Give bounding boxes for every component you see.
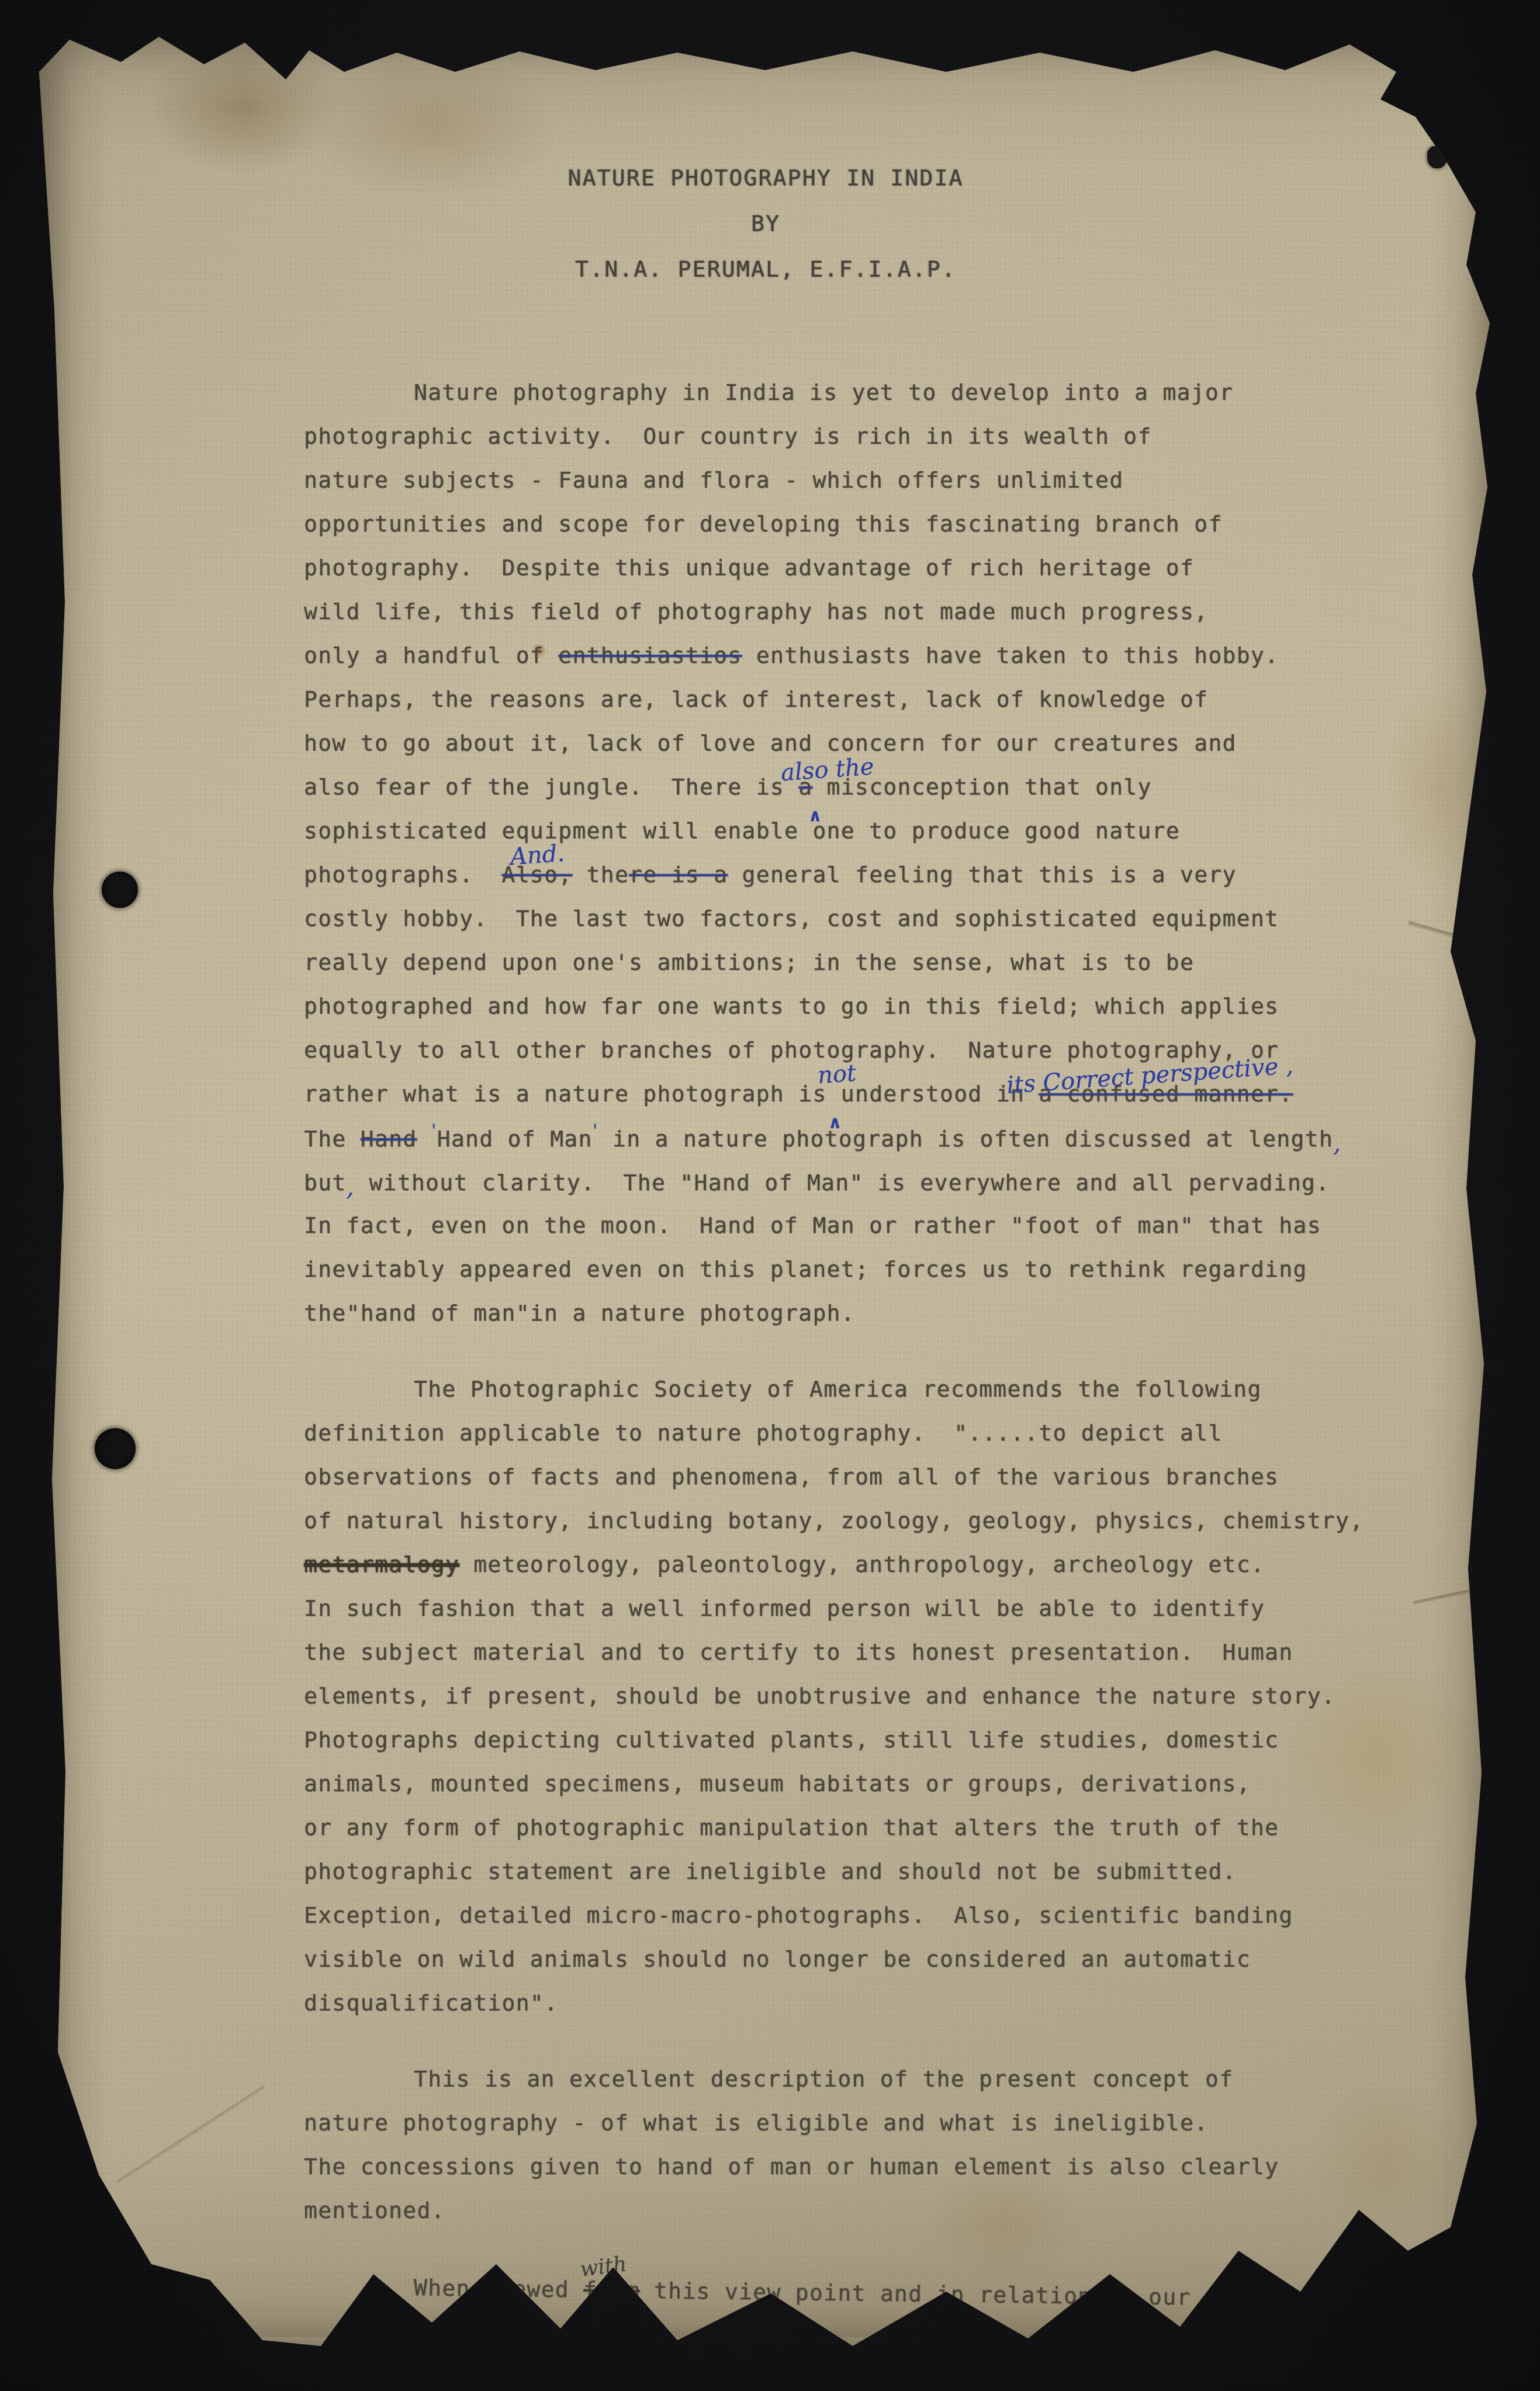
text-line: The concessions given to hand of man or … (304, 2145, 1426, 2189)
byline: BY (304, 201, 1227, 246)
del-pencil-segment: from (583, 2277, 640, 2303)
author-line: T.N.A. PERUMAL, E.F.I.A.P. (304, 246, 1227, 292)
hw-low-segment: , (1333, 1129, 1342, 1158)
document-body: Nature photography in India is yet to de… (304, 371, 1426, 2309)
handwritten-insertion: also the (780, 755, 875, 785)
text-line: metarmalogy meteorology, paleontology, a… (304, 1543, 1426, 1587)
del-ink-segment: re is a (629, 862, 728, 887)
typed-segment (417, 1126, 431, 1152)
text-line: the subject material and to certify to i… (304, 1630, 1426, 1674)
text-line: animals, mounted specimens, museum habit… (304, 1762, 1426, 1806)
typed-segment: When viewed (414, 2275, 584, 2303)
typed-segment: general feeling that this is a very (728, 862, 1236, 887)
typed-segment: Perhaps, the reasons are, lack of intere… (304, 686, 1208, 712)
hw-sup-segment: ' (431, 1120, 437, 1142)
typed-segment: rather what is a nature photograph is (304, 1081, 827, 1107)
text-line: photography. Despite this unique advanta… (304, 546, 1426, 590)
text-line: definition applicable to nature photogra… (304, 1411, 1426, 1455)
typed-segment: the subject material and to certify to i… (304, 1639, 1293, 1665)
typed-segment: costly hobby. The last two factors, cost… (304, 906, 1279, 931)
typed-segment: sophisticated equipment will enable one … (304, 818, 1180, 844)
typed-segment: how to go about it, lack of love and con… (304, 730, 1237, 756)
typed-segment: the (572, 862, 629, 887)
text-line: rather what is a nature photograph isnot… (304, 1072, 1426, 1116)
del-type-segment: metarmalogy (304, 1552, 459, 1577)
text-line: sophisticated equipment will enable one … (304, 809, 1426, 853)
paragraph: When viewed withfrom this view point and… (304, 2265, 1427, 2322)
text-line: also fear of the jungle. There is also t… (304, 765, 1426, 809)
del-ink-segment: enthusiastios (558, 642, 742, 668)
text-line: only a handful of enthusiastios enthusia… (304, 634, 1426, 678)
text-line: inevitably appeared even on this planet;… (304, 1248, 1426, 1291)
typed-segment: photographic activity. Our country is ri… (304, 423, 1152, 449)
typed-segment: the"hand of man"in a nature photograph. (304, 1300, 855, 1326)
typed-segment: wild life, this field of photography has… (304, 599, 1208, 624)
del-ink-segment: Hand (361, 1126, 417, 1152)
typed-segment: photographs. (304, 862, 502, 887)
typed-segment: only a handful of (304, 642, 558, 668)
typed-segment: This is an excellent description of the … (414, 2066, 1233, 2092)
typed-segment: nature photography - of what is eligible… (304, 2110, 1208, 2136)
typed-segment: Hand of Man (437, 1126, 593, 1152)
typed-segment: In such fashion that a well informed per… (304, 1595, 1265, 1621)
hw-low-segment: , (347, 1173, 355, 1201)
text-line: wild life, this field of photography has… (304, 590, 1426, 634)
typed-segment: Exception, detailed micro-macro-photogra… (304, 1902, 1293, 1928)
handwritten-insertion: And. (509, 842, 565, 869)
typed-segment: Photographs depicting cultivated plants,… (304, 1727, 1279, 1753)
text-line: Exception, detailed micro-macro-photogra… (304, 1894, 1426, 1937)
typed-segment: equally to all other branches of photogr… (304, 1037, 1279, 1063)
typed-segment: without clarity. The "Hand of Man" is ev… (355, 1170, 1330, 1195)
typed-segment: enthusiasts have taken to this hobby. (742, 642, 1279, 668)
document-title: NATURE PHOTOGRAPHY IN INDIA BY T.N.A. PE… (304, 155, 1227, 292)
text-line: The Hand 'Hand of Man' in a nature photo… (304, 1116, 1426, 1160)
worm-hole (1427, 146, 1447, 168)
handwritten-insertion: with (579, 2252, 628, 2282)
typed-segment: really depend upon one's ambitions; in t… (304, 949, 1194, 975)
typed-segment: but (304, 1170, 347, 1195)
punch-hole (95, 1428, 136, 1469)
paragraph: Nature photography in India is yet to de… (304, 371, 1426, 1335)
text-line: Nature photography in India is yet to de… (304, 371, 1426, 414)
insertion-caret-icon: ∧ (808, 807, 823, 825)
typed-segment: elements, if present, should be unobtrus… (304, 1683, 1335, 1709)
crease-mark (117, 2085, 266, 2183)
text-block: NATURE PHOTOGRAPHY IN INDIA BY T.N.A. PE… (304, 155, 1426, 2309)
text-line: disqualification". (304, 1981, 1426, 2025)
text-line: In fact, even on the moon. Hand of Man o… (304, 1204, 1426, 1248)
punch-hole (102, 872, 138, 908)
text-line: or any form of photographic manipulation… (304, 1806, 1426, 1850)
text-line: photographed and how far one wants to go… (304, 984, 1426, 1028)
stain (33, 16, 1503, 168)
typed-segment: disqualification". (304, 1990, 558, 2016)
text-line: When viewed withfrom this view point and… (304, 2265, 1427, 2322)
paragraph: This is an excellent description of the … (304, 2057, 1426, 2233)
typed-segment: opportunities and scope for developing t… (304, 511, 1223, 537)
handwritten-insertion: not (816, 1062, 857, 1088)
text-line: mentioned. (304, 2189, 1426, 2233)
typed-segment: nature subjects - Fauna and flora - whic… (304, 467, 1123, 493)
text-line: nature photography - of what is eligible… (304, 2101, 1426, 2145)
typed-segment: definition applicable to nature photogra… (304, 1420, 1223, 1446)
text-line: observations of facts and phenomena, fro… (304, 1455, 1426, 1499)
text-line: photographic statement are ineligible an… (304, 1850, 1426, 1894)
typed-segment: The (304, 1126, 361, 1152)
text-line: Photographs depicting cultivated plants,… (304, 1718, 1426, 1762)
typed-segment: The concessions given to hand of man or … (304, 2154, 1279, 2179)
typed-segment: photographed and how far one wants to go… (304, 993, 1279, 1019)
text-line: but, without clarity. The "Hand of Man" … (304, 1160, 1426, 1204)
typed-segment: photographic statement are ineligible an… (304, 1858, 1237, 1884)
typed-segment: observations of facts and phenomena, fro… (304, 1464, 1279, 1490)
typed-segment: or any form of photographic manipulation… (304, 1815, 1279, 1840)
typed-segment: inevitably appeared even on this planet;… (304, 1256, 1307, 1282)
text-line: The Photographic Society of America reco… (304, 1367, 1426, 1411)
typed-segment: also fear of the jungle. There is (304, 774, 798, 800)
typed-segment: of natural history, including botany, zo… (304, 1508, 1363, 1533)
text-line: costly hobby. The last two factors, cost… (304, 897, 1426, 941)
typed-segment: In fact, even on the moon. Hand of Man o… (304, 1212, 1321, 1238)
document-page: NATURE PHOTOGRAPHY IN INDIA BY T.N.A. PE… (33, 16, 1503, 2372)
paragraph: The Photographic Society of America reco… (304, 1367, 1426, 2025)
typed-segment: this view point and in relation to our p… (640, 2278, 1304, 2311)
insertion-caret-icon: ∧ (828, 1114, 843, 1132)
text-line: really depend upon one's ambitions; in t… (304, 941, 1426, 984)
hw-sup-segment: ' (593, 1120, 598, 1142)
text-line: opportunities and scope for developing t… (304, 502, 1426, 546)
typed-segment: meteorology, paleontology, anthropology,… (459, 1552, 1265, 1577)
text-line: elements, if present, should be unobtrus… (304, 1674, 1426, 1718)
typed-segment: animals, mounted specimens, museum habit… (304, 1771, 1251, 1796)
text-line: photographs. And.Also, there is a genera… (304, 853, 1426, 897)
typed-segment: The Photographic Society of America reco… (414, 1376, 1262, 1402)
text-line: nature subjects - Fauna and flora - whic… (304, 458, 1426, 502)
text-line: photographic activity. Our country is ri… (304, 414, 1426, 458)
text-line: visible on wild animals should no longer… (304, 1937, 1426, 1981)
typed-segment: photography. Despite this unique advanta… (304, 555, 1194, 581)
typed-segment: mentioned. (304, 2197, 445, 2223)
typed-segment: visible on wild animals should no longer… (304, 1946, 1251, 1972)
title-line: NATURE PHOTOGRAPHY IN INDIA (304, 155, 1227, 201)
text-line: This is an excellent description of the … (304, 2057, 1426, 2101)
text-line: Perhaps, the reasons are, lack of intere… (304, 678, 1426, 721)
typed-segment: Nature photography in India is yet to de… (414, 379, 1233, 405)
text-line: the"hand of man"in a nature photograph. (304, 1291, 1426, 1335)
text-line: In such fashion that a well informed per… (304, 1587, 1426, 1630)
text-line: of natural history, including botany, zo… (304, 1499, 1426, 1543)
scanner-background: NATURE PHOTOGRAPHY IN INDIA BY T.N.A. PE… (0, 0, 1540, 2391)
typed-segment: in a nature photograph is often discusse… (598, 1126, 1333, 1152)
